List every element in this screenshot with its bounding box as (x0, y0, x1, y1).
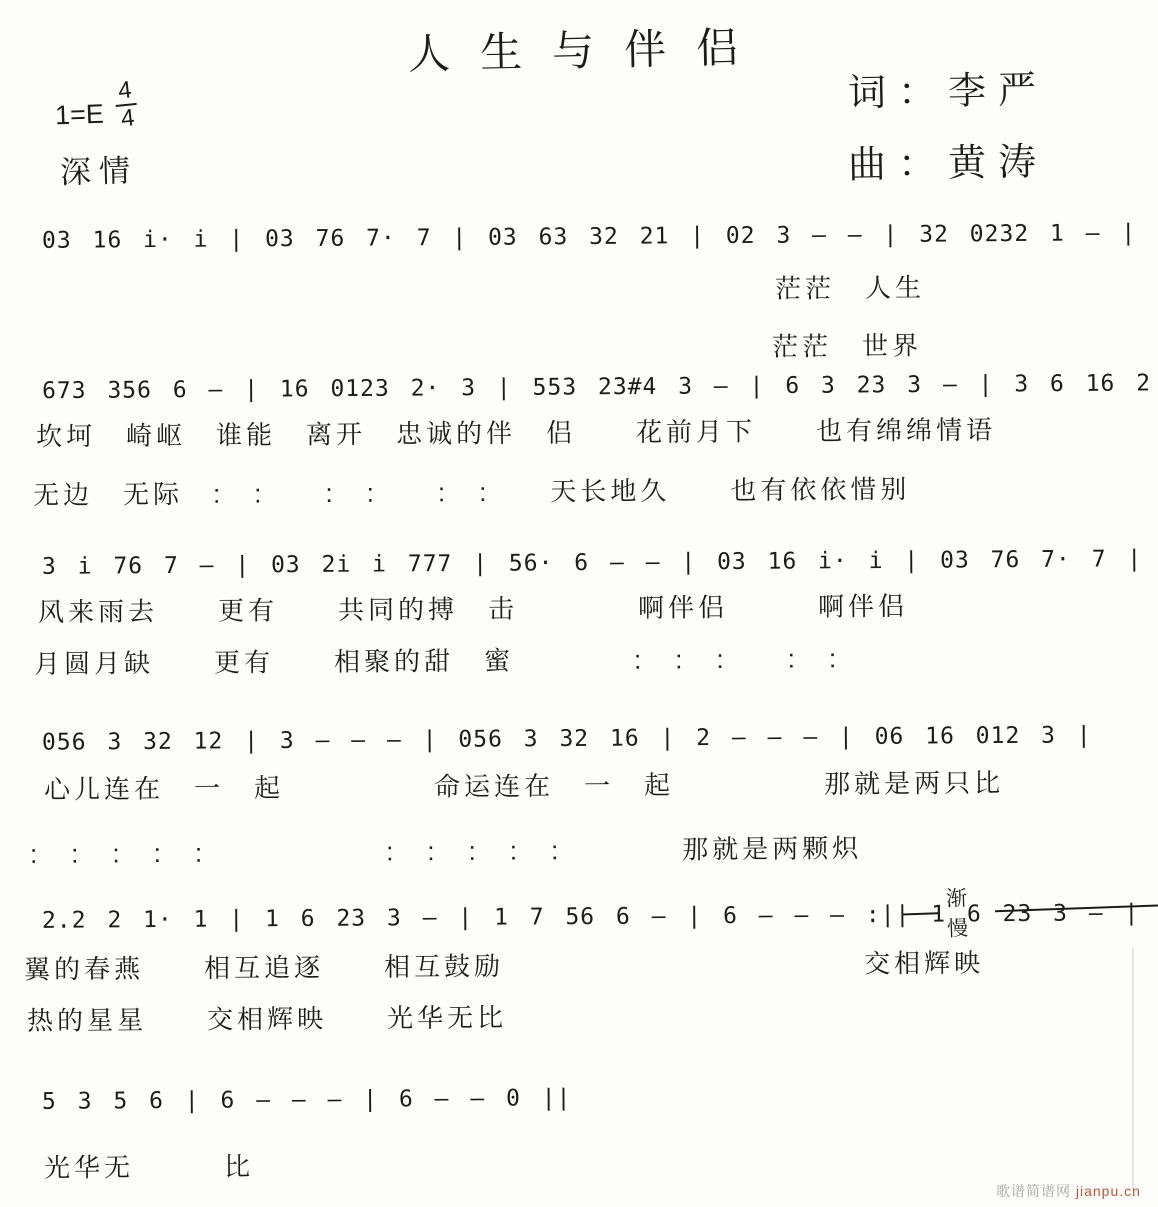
notation-line-3: 3 i 76 7 – | 03 2i i 777 | 56· 6 – – | 0… (42, 546, 1142, 580)
lyrics-line-2-verse-1: 坎坷 崎岖 谁能 离开 忠诚的伴 侣 花前月下 也有绵绵情语 (36, 410, 996, 454)
lyricist-credit: 词：李严 (848, 58, 1049, 116)
key-signature: 1=E (54, 98, 104, 131)
lyrics-line-4-verse-1: 心儿连在 一 起 命运连在 一 起 那就是两只比 (44, 763, 1004, 807)
lyrics-line-1-verse-2: 茫茫 世界 (772, 325, 922, 363)
song-title: 人生与伴侣 (407, 14, 768, 82)
composer-credit: 曲：黄涛 (848, 130, 1049, 188)
time-signature-denominator: 4 (120, 105, 136, 131)
time-signature: 4 4 (113, 78, 140, 132)
lyrics-line-3-verse-1: 风来雨去 更有 共同的搏 击 啊伴侣 啊伴侣 (38, 586, 908, 629)
lyrics-line-6-verse-1: 光华无 比 (44, 1146, 254, 1184)
lyrics-line-4-verse-2: : : : : : : : : : : 那就是两颗炽 (30, 828, 862, 871)
lyrics-line-1-verse-1: 茫茫 人生 (775, 267, 925, 305)
lyrics-line-5-verse-2: 热的星星 交相辉映 光华无比 (27, 997, 507, 1037)
watermark-site-url: jianpu.cn (1076, 1183, 1141, 1199)
lyrics-line-5-verse-1: 翼的春燕 相互追逐 相互鼓励 交相辉映 (24, 943, 984, 987)
tempo-marking: 深情 (59, 145, 138, 192)
notation-line-1: 03 16 i· i | 03 76 7· 7 | 03 63 32 21 | … (42, 220, 1136, 254)
composer-label: 曲： (848, 143, 949, 187)
sheet-music-page: 人生与伴侣 词：李严 曲：黄涛 1=E 4 4 深情 03 16 i· i | … (0, 0, 1158, 1207)
notation-line-4: 056 3 32 12 | 3 – – – | 056 3 32 16 | 2 … (42, 722, 1092, 755)
lyrics-line-2-verse-2: 无边 无际 : : : : : : 天长地久 也有依依惜别 (33, 469, 911, 512)
lyricist-name: 李严 (948, 69, 1049, 113)
key-and-time-signature: 1=E 4 4 (54, 87, 138, 142)
notation-line-2: 673 356 6 – | 16 0123 2· 3 | 553 23#4 3 … (42, 370, 1158, 404)
time-signature-numerator: 4 (113, 78, 137, 107)
scan-artifact-line (1132, 948, 1134, 1190)
watermark: 歌谱简谱网 jianpu.cn (996, 1181, 1141, 1201)
lyricist-label: 词： (848, 71, 949, 115)
composer-name: 黄涛 (948, 141, 1049, 185)
watermark-site-name: 歌谱简谱网 (996, 1183, 1071, 1199)
notation-line-6: 5 3 5 6 | 6 – – – | 6 – – 0 || (42, 1085, 572, 1115)
lyrics-line-3-verse-2: 月圆月缺 更有 相聚的甜 蜜 : : : : : (34, 638, 840, 681)
